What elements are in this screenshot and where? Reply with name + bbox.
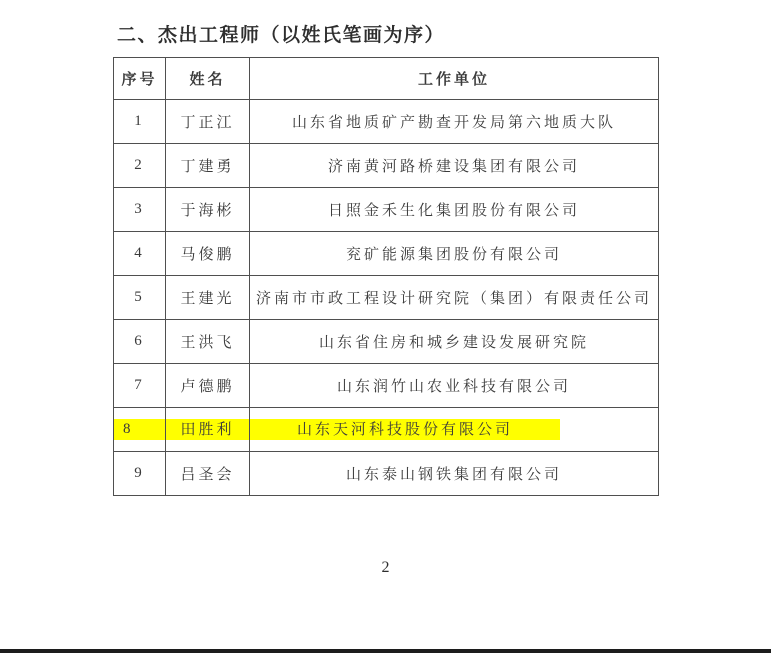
table-row: 1 丁正江 山东省地质矿产勘查开发局第六地质大队 — [114, 100, 659, 144]
header-name: 姓名 — [166, 58, 250, 100]
name-cell: 马俊鹏 — [166, 232, 250, 276]
name-cell: 王洪飞 — [166, 320, 250, 364]
header-serial: 序号 — [114, 58, 166, 100]
serial-cell: 2 — [114, 144, 166, 188]
serial-cell: 7 — [114, 364, 166, 408]
table-row: 4 马俊鹏 兖矿能源集团股份有限公司 — [114, 232, 659, 276]
serial-cell: 8 — [114, 408, 166, 452]
name-cell: 丁建勇 — [166, 144, 250, 188]
document-page: 二、杰出工程师（以姓氏笔画为序） 序号 姓名 工作单位 1 丁正江 山东省地质矿… — [0, 0, 771, 659]
highlight-band: 8 — [114, 419, 165, 440]
unit-cell: 山东省地质矿产勘查开发局第六地质大队 — [250, 100, 659, 144]
name-cell: 田胜利 — [166, 408, 250, 452]
serial-cell: 1 — [114, 100, 166, 144]
unit-cell: 山东润竹山农业科技有限公司 — [250, 364, 659, 408]
name-cell: 丁正江 — [166, 100, 250, 144]
table-row: 2 丁建勇 济南黄河路桥建设集团有限公司 — [114, 144, 659, 188]
unit-cell: 济南市市政工程设计研究院（集团）有限责任公司 — [250, 276, 659, 320]
table-row: 3 于海彬 日照金禾生化集团股份有限公司 — [114, 188, 659, 232]
name-cell: 王建光 — [166, 276, 250, 320]
highlight-band: 山东天河科技股份有限公司 — [250, 419, 560, 440]
page-number: 2 — [0, 559, 771, 577]
bottom-bar — [0, 649, 771, 653]
unit-cell: 济南黄河路桥建设集团有限公司 — [250, 144, 659, 188]
engineers-table: 序号 姓名 工作单位 1 丁正江 山东省地质矿产勘查开发局第六地质大队 2 丁建… — [113, 57, 659, 496]
table-row-highlighted: 8 田胜利 山东天河科技股份有限公司 — [114, 408, 659, 452]
serial-cell: 4 — [114, 232, 166, 276]
header-unit: 工作单位 — [250, 58, 659, 100]
serial-cell: 5 — [114, 276, 166, 320]
table-header-row: 序号 姓名 工作单位 — [114, 58, 659, 100]
serial-cell: 6 — [114, 320, 166, 364]
unit-cell: 山东泰山钢铁集团有限公司 — [250, 452, 659, 496]
section-title: 二、杰出工程师（以姓氏笔画为序） — [117, 20, 445, 47]
highlight-band: 田胜利 — [166, 419, 249, 440]
unit-cell: 日照金禾生化集团股份有限公司 — [250, 188, 659, 232]
serial-cell: 3 — [114, 188, 166, 232]
table-row: 9 吕圣会 山东泰山钢铁集团有限公司 — [114, 452, 659, 496]
name-cell: 于海彬 — [166, 188, 250, 232]
unit-cell: 山东天河科技股份有限公司 — [250, 408, 659, 452]
table-row: 7 卢德鹏 山东润竹山农业科技有限公司 — [114, 364, 659, 408]
table-row: 5 王建光 济南市市政工程设计研究院（集团）有限责任公司 — [114, 276, 659, 320]
unit-cell: 兖矿能源集团股份有限公司 — [250, 232, 659, 276]
name-cell: 吕圣会 — [166, 452, 250, 496]
unit-cell: 山东省住房和城乡建设发展研究院 — [250, 320, 659, 364]
name-cell: 卢德鹏 — [166, 364, 250, 408]
serial-cell: 9 — [114, 452, 166, 496]
table-row: 6 王洪飞 山东省住房和城乡建设发展研究院 — [114, 320, 659, 364]
